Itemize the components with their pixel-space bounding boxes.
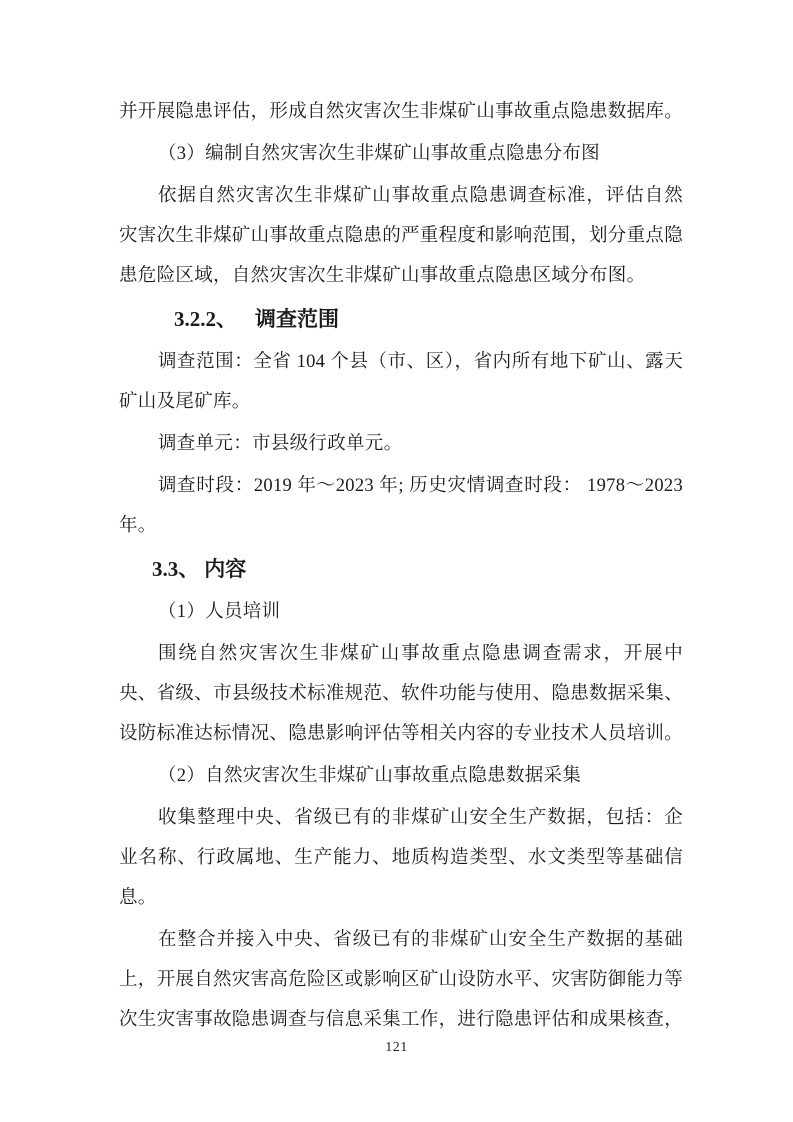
- paragraph: 调查时段：2019 年～2023 年; 历史灾情调查时段： 1978～2023 …: [119, 466, 683, 546]
- heading-title: 调查范围: [255, 299, 339, 339]
- paragraph: 调查单元：市县级行政单元。: [119, 424, 683, 464]
- paragraph: 收集整理中央、省级已有的非煤矿山安全生产数据，包括：企业名称、行政属地、生产能力…: [119, 798, 683, 918]
- document-page: 并开展隐患评估，形成自然灾害次生非煤矿山事故重点隐患数据库。（3）编制自然灾害次…: [0, 0, 793, 1122]
- paragraph: 调查范围：全省 104 个县（市、区），省内所有地下矿山、露天矿山及尾矿库。: [119, 342, 683, 422]
- section-heading: 3.3、内容: [119, 549, 683, 589]
- paragraph: 依据自然灾害次生非煤矿山事故重点隐患调查标准，评估自然灾害次生非煤矿山事故重点隐…: [119, 176, 683, 296]
- heading-number: 3.3、: [152, 557, 199, 581]
- paragraph: （1）人员培训: [119, 592, 683, 632]
- heading-title: 内容: [204, 549, 246, 589]
- paragraph: （2）自然灾害次生非煤矿山事故重点隐患数据采集: [119, 756, 683, 796]
- heading-number: 3.2.2、: [174, 307, 237, 331]
- paragraph: 围绕自然灾害次生非煤矿山事故重点隐患调查需求，开展中央、省级、市县级技术标准规范…: [119, 634, 683, 754]
- paragraph: 并开展隐患评估，形成自然灾害次生非煤矿山事故重点隐患数据库。: [119, 92, 683, 132]
- paragraph: （3）编制自然灾害次生非煤矿山事故重点隐患分布图: [119, 134, 683, 174]
- section-heading: 3.2.2、调查范围: [119, 299, 683, 339]
- page-number: 121: [0, 1040, 793, 1056]
- paragraph: 在整合并接入中央、省级已有的非煤矿山安全生产数据的基础上，开展自然灾害高危险区或…: [119, 920, 683, 1040]
- document-body: 并开展隐患评估，形成自然灾害次生非煤矿山事故重点隐患数据库。（3）编制自然灾害次…: [119, 92, 683, 1042]
